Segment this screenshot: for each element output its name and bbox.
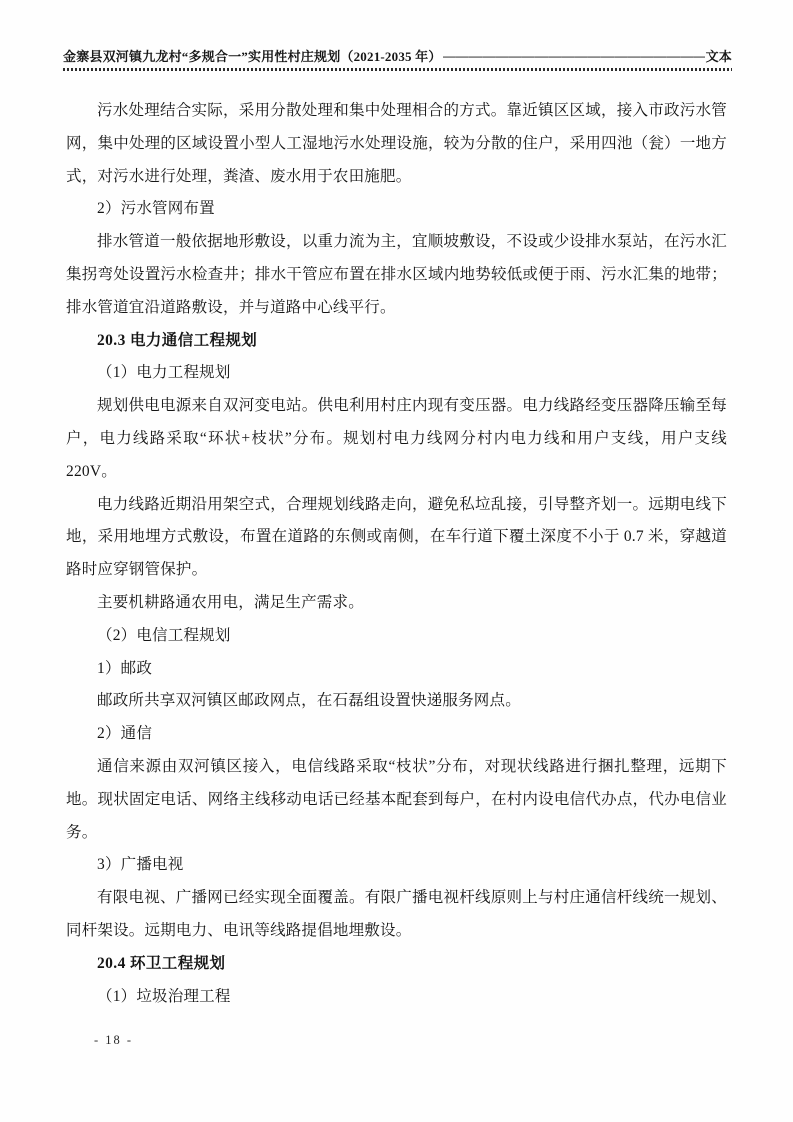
heading-20-3-power-telecom-planning: 20.3 电力通信工程规划 — [66, 325, 727, 358]
header-suffix-label: 文本 — [706, 46, 732, 65]
paragraph-farm-roads-power: 主要机耕路通农用电，满足生产需求。 — [66, 587, 727, 620]
subheading-power-engineering: （1）电力工程规划 — [66, 357, 727, 390]
paragraph-communication-lines: 通信来源由双河镇区接入，电信线路采取“枝状”分布，对现状线路进行捆扎整理，远期下… — [66, 751, 727, 849]
page-number: - 18 - — [94, 1033, 133, 1048]
subheading-telecom-engineering: （2）电信工程规划 — [66, 620, 727, 653]
subheading-postal: 1）邮政 — [66, 653, 727, 686]
page-header: 金寨县双河镇九龙村“多规合一”实用性村庄规划（2021-2035 年） ————… — [63, 46, 732, 71]
header-title: 金寨县双河镇九龙村“多规合一”实用性村庄规划（2021-2035 年） — [63, 46, 442, 65]
header-rule-line — [63, 68, 732, 71]
document-page: 金寨县双河镇九龙村“多规合一”实用性村庄规划（2021-2035 年） ————… — [0, 0, 793, 1122]
subheading-sewage-pipe-layout: 2）污水管网布置 — [66, 193, 727, 226]
paragraph-power-supply: 规划供电电源来自双河变电站。供电利用村庄内现有变压器。电力线路经变压器降压输至每… — [66, 390, 727, 488]
document-body: 污水处理结合实际，采用分散处理和集中处理相合的方式。靠近镇区区域，接入市政污水管… — [66, 95, 727, 1013]
subheading-garbage-treatment: （1）垃圾治理工程 — [66, 981, 727, 1014]
paragraph-broadcast-coverage: 有限电视、广播网已经实现全面覆盖。有限广播电视杆线原则上与村庄通信杆线统一规划、… — [66, 882, 727, 948]
subheading-communication: 2）通信 — [66, 718, 727, 751]
paragraph-drainage-pipes: 排水管道一般依据地形敷设，以重力流为主，宜顺坡敷设，不设或少设排水泵站，在污水汇… — [66, 226, 727, 324]
subheading-broadcast-tv: 3）广播电视 — [66, 849, 727, 882]
heading-20-4-sanitation-planning: 20.4 环卫工程规划 — [66, 948, 727, 981]
paragraph-postal-outlets: 邮政所共享双河镇区邮政网点，在石磊组设置快递服务网点。 — [66, 685, 727, 718]
header-running-title: 金寨县双河镇九龙村“多规合一”实用性村庄规划（2021-2035 年） ————… — [63, 46, 732, 65]
header-dash-separator: ———————————————————————— — [443, 48, 705, 64]
paragraph-power-lines: 电力线路近期沿用架空式，合理规划线路走向，避免私垃乱接，引导整齐划一。远期电线下… — [66, 489, 727, 587]
paragraph-sewage-treatment: 污水处理结合实际，采用分散处理和集中处理相合的方式。靠近镇区区域，接入市政污水管… — [66, 95, 727, 193]
